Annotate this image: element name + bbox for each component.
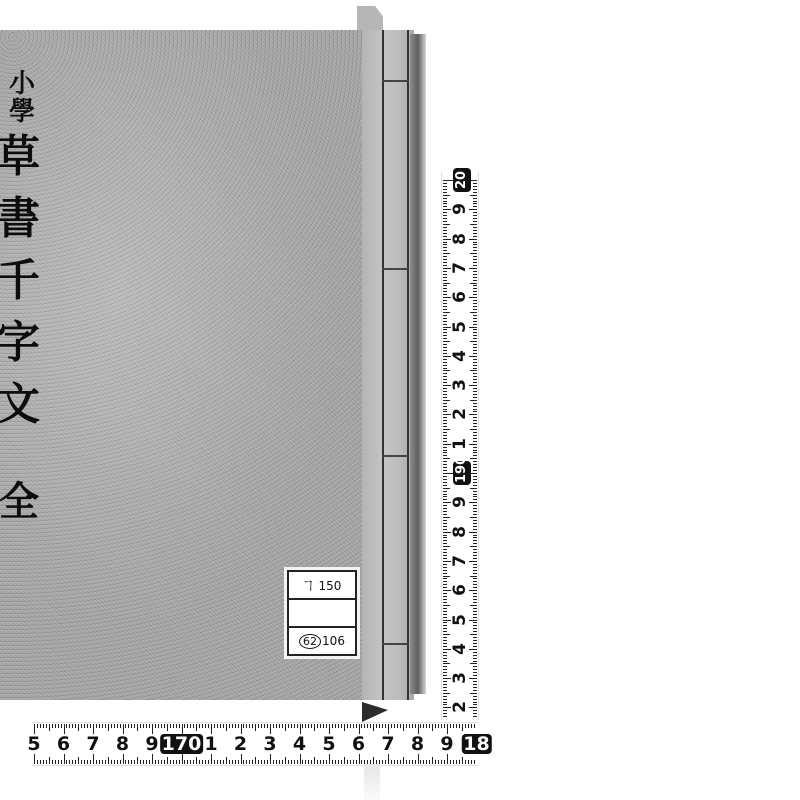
ruler-tick	[40, 760, 41, 764]
ruler-tick	[443, 461, 447, 462]
ruler-tick	[473, 496, 477, 497]
ruler-tick	[443, 233, 447, 234]
ruler-label: 5	[27, 734, 40, 754]
ruler-tick	[243, 724, 244, 728]
ruler-tick	[473, 614, 477, 615]
ruler-tick	[443, 224, 450, 225]
ruler-tick	[443, 704, 447, 705]
ruler-tick	[202, 724, 203, 728]
page-edge	[410, 34, 426, 694]
ruler-tick	[146, 724, 147, 728]
ruler-tick	[447, 754, 448, 764]
ruler-tick	[473, 716, 477, 717]
ruler-tick	[473, 409, 477, 410]
ruler-tick	[473, 535, 477, 536]
ruler-tick	[400, 760, 401, 764]
ruler-tick	[443, 256, 447, 257]
ruler-tick	[470, 429, 477, 430]
ruler-tick	[443, 447, 447, 448]
ruler-tick	[443, 496, 447, 497]
ruler-tick	[443, 470, 447, 471]
ruler-tick	[443, 441, 447, 442]
ruler-tick	[443, 379, 447, 380]
ruler-tick	[443, 666, 447, 667]
ruler-tick	[473, 309, 477, 310]
ruler-tick	[443, 552, 447, 553]
ruler-tick	[223, 724, 224, 728]
ruler-tick	[388, 754, 389, 764]
ruler-tick	[134, 760, 135, 764]
ruler-tick	[403, 757, 404, 764]
ruler-tick	[291, 760, 292, 764]
ruler-tick	[443, 212, 447, 213]
ruler-tick	[443, 520, 447, 521]
ruler-tick	[429, 760, 430, 764]
ruler-tick	[473, 230, 477, 231]
ruler-tick	[99, 724, 100, 728]
ruler-tick	[473, 625, 477, 626]
ruler-tick	[443, 494, 447, 495]
ruler-tick	[255, 757, 256, 764]
ruler-tick	[149, 724, 150, 728]
ruler-tick	[470, 253, 477, 254]
ruler-tick	[432, 757, 433, 764]
ruler-tick	[167, 757, 168, 764]
ruler-tick	[258, 724, 259, 728]
ruler-tick	[473, 186, 477, 187]
ruler-tick	[367, 724, 368, 728]
ruler-label: 4	[451, 639, 469, 659]
ruler-tick	[443, 271, 447, 272]
ruler-tick	[232, 724, 233, 728]
ruler-tick	[474, 724, 475, 728]
ruler-tick	[243, 760, 244, 764]
ruler-tick	[443, 614, 447, 615]
ruler-tick	[456, 760, 457, 764]
ruler-label: 3	[263, 734, 276, 754]
ruler-tick	[473, 482, 477, 483]
ruler-tick	[443, 253, 450, 254]
ruler-tick	[473, 347, 477, 348]
ruler-tick	[146, 760, 147, 764]
ruler-tick	[473, 265, 477, 266]
ruler-tick	[473, 608, 477, 609]
ruler-tick	[443, 567, 447, 568]
ruler-tick	[338, 760, 339, 764]
ruler-tick	[282, 760, 283, 764]
ruler-tick	[470, 605, 477, 606]
ruler-tick	[443, 450, 447, 451]
ruler-tick	[128, 760, 129, 764]
ruler-tick	[443, 315, 447, 316]
ruler-tick	[473, 461, 477, 462]
ruler-tick	[220, 724, 221, 728]
ruler-tick	[443, 543, 447, 544]
ruler-tick	[473, 256, 477, 257]
ruler-tick	[473, 447, 477, 448]
ruler-tick	[438, 760, 439, 764]
ruler-tick	[473, 233, 477, 234]
ruler-tick	[443, 341, 450, 342]
ruler-tick	[350, 760, 351, 764]
ruler-tick	[473, 206, 477, 207]
ruler-tick	[473, 520, 477, 521]
ruler-tick	[187, 724, 188, 728]
ruler-tick	[406, 724, 407, 728]
ruler-tick	[61, 760, 62, 764]
ruler-tick	[217, 724, 218, 728]
ruler-tick	[473, 637, 477, 638]
ruler-tick	[444, 760, 445, 764]
ruler-tick	[443, 690, 447, 691]
ruler-tick	[226, 757, 227, 764]
ruler-tick	[161, 724, 162, 728]
ruler-tick	[473, 611, 477, 612]
ruler-tick	[329, 754, 330, 764]
ruler-tick	[473, 321, 477, 322]
ruler-tick	[443, 505, 447, 506]
ruler-tick	[294, 760, 295, 764]
ruler-tick	[473, 690, 477, 691]
ruler-label: 6	[352, 734, 365, 754]
ruler-label: 9	[440, 734, 453, 754]
ruler-tick	[443, 535, 447, 536]
ruler-tick	[443, 303, 447, 304]
ruler-tick	[338, 724, 339, 728]
ruler-tick	[473, 599, 477, 600]
ruler-tick	[443, 206, 447, 207]
ruler-tick	[443, 400, 450, 401]
ruler-tick	[87, 760, 88, 764]
ruler-tick	[470, 283, 477, 284]
title-char: 字	[0, 312, 40, 374]
ruler-tick	[473, 417, 477, 418]
ruler-tick	[443, 324, 447, 325]
ruler-tick	[473, 411, 477, 412]
ruler-label: 18	[461, 734, 491, 754]
ruler-tick	[443, 634, 450, 635]
ruler-tick	[443, 558, 447, 559]
ruler-tick	[456, 724, 457, 728]
ruler-tick	[291, 724, 292, 728]
ruler-tick	[443, 643, 447, 644]
ruler-tick	[473, 306, 477, 307]
ruler-label: 190	[453, 461, 471, 485]
ruler-tick	[155, 724, 156, 728]
ruler-tick	[443, 365, 447, 366]
ruler-tick	[443, 411, 447, 412]
ruler-tick	[473, 244, 477, 245]
ruler-tick	[443, 549, 447, 550]
ruler-tick	[305, 724, 306, 728]
ruler-tick	[443, 353, 447, 354]
ruler-tick	[443, 274, 447, 275]
ruler-tick	[184, 724, 185, 728]
ruler-tick	[459, 724, 460, 728]
ruler-tick	[473, 362, 477, 363]
ruler-tick	[64, 754, 65, 764]
ruler-tick	[105, 760, 106, 764]
ruler-tick	[143, 760, 144, 764]
ruler-tick	[279, 760, 280, 764]
spine-top-flap	[357, 6, 383, 32]
ruler-tick	[473, 198, 477, 199]
ruler-tick	[302, 760, 303, 764]
ruler-tick	[473, 280, 477, 281]
ruler-tick	[443, 198, 447, 199]
library-call-number-label: ヿ 150 62 106	[287, 570, 357, 656]
ruler-tick	[87, 724, 88, 728]
ruler-tick	[473, 403, 477, 404]
ruler-tick	[131, 724, 132, 728]
ruler-label: 1	[451, 434, 469, 454]
ruler-tick	[443, 189, 447, 190]
ruler-tick	[473, 183, 477, 184]
ruler-tick	[158, 760, 159, 764]
ruler-tick	[473, 227, 477, 228]
ruler-tick	[443, 180, 453, 181]
ruler-tick	[473, 499, 477, 500]
ruler-tick	[473, 593, 477, 594]
ruler-tick	[288, 724, 289, 728]
ruler-tick	[361, 760, 362, 764]
ruler-tick	[473, 373, 477, 374]
ruler-tick	[443, 713, 447, 714]
ruler-tick	[443, 710, 447, 711]
ruler-tick	[226, 724, 227, 731]
ruler-label: 5	[451, 317, 469, 337]
ruler-tick	[364, 724, 365, 728]
ruler-tick	[344, 724, 345, 731]
ruler-tick	[473, 300, 477, 301]
ruler-tick	[114, 724, 115, 728]
ruler-tick	[443, 508, 447, 509]
ruler-tick	[311, 760, 312, 764]
ruler-tick	[167, 724, 168, 731]
ruler-tick	[473, 470, 477, 471]
ruler-tick	[443, 625, 447, 626]
ruler-tick	[473, 189, 477, 190]
ruler-tick	[473, 681, 477, 682]
ruler-tick	[102, 760, 103, 764]
ruler-tick	[473, 247, 477, 248]
ruler-tick	[252, 760, 253, 764]
ruler-tick	[443, 716, 447, 717]
ruler-tick	[473, 353, 477, 354]
ruler-tick	[473, 687, 477, 688]
ruler-tick	[473, 537, 477, 538]
ruler-tick	[443, 435, 447, 436]
ruler-tick	[406, 760, 407, 764]
ruler-tick	[473, 669, 477, 670]
ruler-tick	[179, 760, 180, 764]
ruler-tick	[400, 724, 401, 728]
ruler-tick	[473, 505, 477, 506]
ruler-tick	[473, 365, 477, 366]
ruler-tick	[423, 760, 424, 764]
ruler-tick	[443, 611, 447, 612]
ruler-tick	[52, 760, 53, 764]
ruler-tick	[155, 760, 156, 764]
ruler-tick	[473, 250, 477, 251]
ruler-tick	[443, 526, 447, 527]
ruler-tick	[473, 359, 477, 360]
ruler-tick	[473, 382, 477, 383]
ruler-tick	[470, 370, 477, 371]
ruler-tick	[443, 350, 447, 351]
ruler-tick	[220, 760, 221, 764]
ruler-tick	[93, 754, 94, 764]
ruler-tick	[473, 672, 477, 673]
ruler-label: 2	[234, 734, 247, 754]
ruler-label: 7	[451, 258, 469, 278]
ruler-tick	[72, 760, 73, 764]
ruler-tick	[164, 760, 165, 764]
ruler-tick	[443, 581, 447, 582]
ruler-tick	[120, 724, 121, 728]
ruler-tick	[473, 397, 477, 398]
ruler-label: 4	[451, 346, 469, 366]
ruler-tick	[473, 332, 477, 333]
ruler-tick	[332, 724, 333, 728]
ruler-tick	[443, 687, 447, 688]
ruler-tick	[473, 274, 477, 275]
ruler-tick	[443, 429, 450, 430]
ruler-tick	[443, 403, 447, 404]
ruler-label: 170	[160, 734, 204, 754]
ruler-tick	[443, 259, 447, 260]
ruler-tick	[443, 344, 447, 345]
cover-corner-shadow	[362, 702, 388, 722]
ruler-tick	[444, 724, 445, 728]
ruler-tick	[443, 227, 447, 228]
ruler-tick	[379, 724, 380, 728]
ruler-tick	[473, 467, 477, 468]
ruler-tick	[443, 458, 450, 459]
ruler-tick	[61, 724, 62, 728]
ruler-tick	[443, 702, 447, 703]
ruler-tick	[273, 724, 274, 728]
ruler-tick	[443, 452, 447, 453]
ruler-tick	[258, 760, 259, 764]
ruler-tick	[117, 760, 118, 764]
ruler-tick	[443, 584, 447, 585]
ruler-tick	[473, 646, 477, 647]
ruler-tick	[37, 724, 38, 728]
ruler-tick	[347, 760, 348, 764]
ruler-tick	[473, 640, 477, 641]
ruler-tick	[376, 724, 377, 728]
ruler-tick	[473, 236, 477, 237]
ruler-tick	[249, 724, 250, 728]
ruler-tick	[473, 338, 477, 339]
ruler-tick	[473, 201, 477, 202]
ruler-tick	[193, 760, 194, 764]
ruler-tick	[214, 760, 215, 764]
ruler-tick	[46, 724, 47, 728]
ruler-tick	[473, 508, 477, 509]
ruler-tick	[196, 757, 197, 764]
ruler-tick	[443, 309, 447, 310]
ruler-tick	[90, 760, 91, 764]
ruler-tick	[69, 724, 70, 728]
ruler-tick	[170, 760, 171, 764]
ruler-tick	[471, 724, 472, 728]
ruler-tick	[465, 760, 466, 764]
ruler-tick	[394, 760, 395, 764]
ruler-tick	[443, 215, 447, 216]
ruler-tick	[443, 406, 447, 407]
ruler-tick	[443, 540, 447, 541]
ruler-tick	[114, 760, 115, 764]
ruler-tick	[285, 757, 286, 764]
ruler-tick	[311, 724, 312, 728]
ruler-tick	[443, 300, 447, 301]
ruler-tick	[468, 724, 469, 728]
ruler-tick	[249, 760, 250, 764]
ruler-tick	[84, 760, 85, 764]
ruler-tick	[443, 672, 447, 673]
ruler-tick	[443, 288, 447, 289]
ruler-tick	[443, 423, 447, 424]
ruler-tick	[473, 324, 477, 325]
ruler-tick	[443, 464, 447, 465]
ruler-tick	[335, 760, 336, 764]
ruler-tick	[131, 760, 132, 764]
ruler-tick	[326, 724, 327, 728]
ruler-tick	[473, 529, 477, 530]
ruler-tick	[347, 724, 348, 728]
ruler-tick	[459, 760, 460, 764]
ruler-tick	[443, 593, 447, 594]
ruler-tick	[344, 757, 345, 764]
ruler-tick	[473, 631, 477, 632]
label-row-2	[289, 600, 355, 628]
ruler-tick	[443, 473, 453, 474]
ruler-label: 6	[451, 287, 469, 307]
ruler-tick	[426, 724, 427, 728]
ruler-label: 20	[453, 168, 471, 192]
ruler-tick	[473, 303, 477, 304]
ruler-tick	[58, 724, 59, 728]
ruler-tick	[140, 760, 141, 764]
ruler-tick	[441, 760, 442, 764]
ruler-label: 6	[57, 734, 70, 754]
ruler-tick	[443, 186, 447, 187]
ruler-tick	[279, 724, 280, 728]
ruler-tick	[473, 344, 477, 345]
ruler-tick	[205, 760, 206, 764]
ruler-tick	[255, 724, 256, 731]
ruler-tick	[443, 183, 447, 184]
ruler-tick	[361, 724, 362, 728]
ruler-tick	[443, 696, 447, 697]
ruler-tick	[443, 432, 447, 433]
ruler-label: 9	[145, 734, 158, 754]
ruler-tick	[261, 760, 262, 764]
ruler-tick	[81, 760, 82, 764]
ruler-tick	[196, 724, 197, 731]
ruler-tick	[81, 724, 82, 728]
ruler-tick	[420, 760, 421, 764]
ruler-tick	[117, 724, 118, 728]
ruler-tick	[443, 306, 447, 307]
title-char: 學	[9, 98, 35, 126]
ruler-tick	[208, 724, 209, 728]
ruler-tick	[182, 754, 183, 764]
ruler-tick	[473, 652, 477, 653]
ruler-tick	[470, 693, 477, 694]
